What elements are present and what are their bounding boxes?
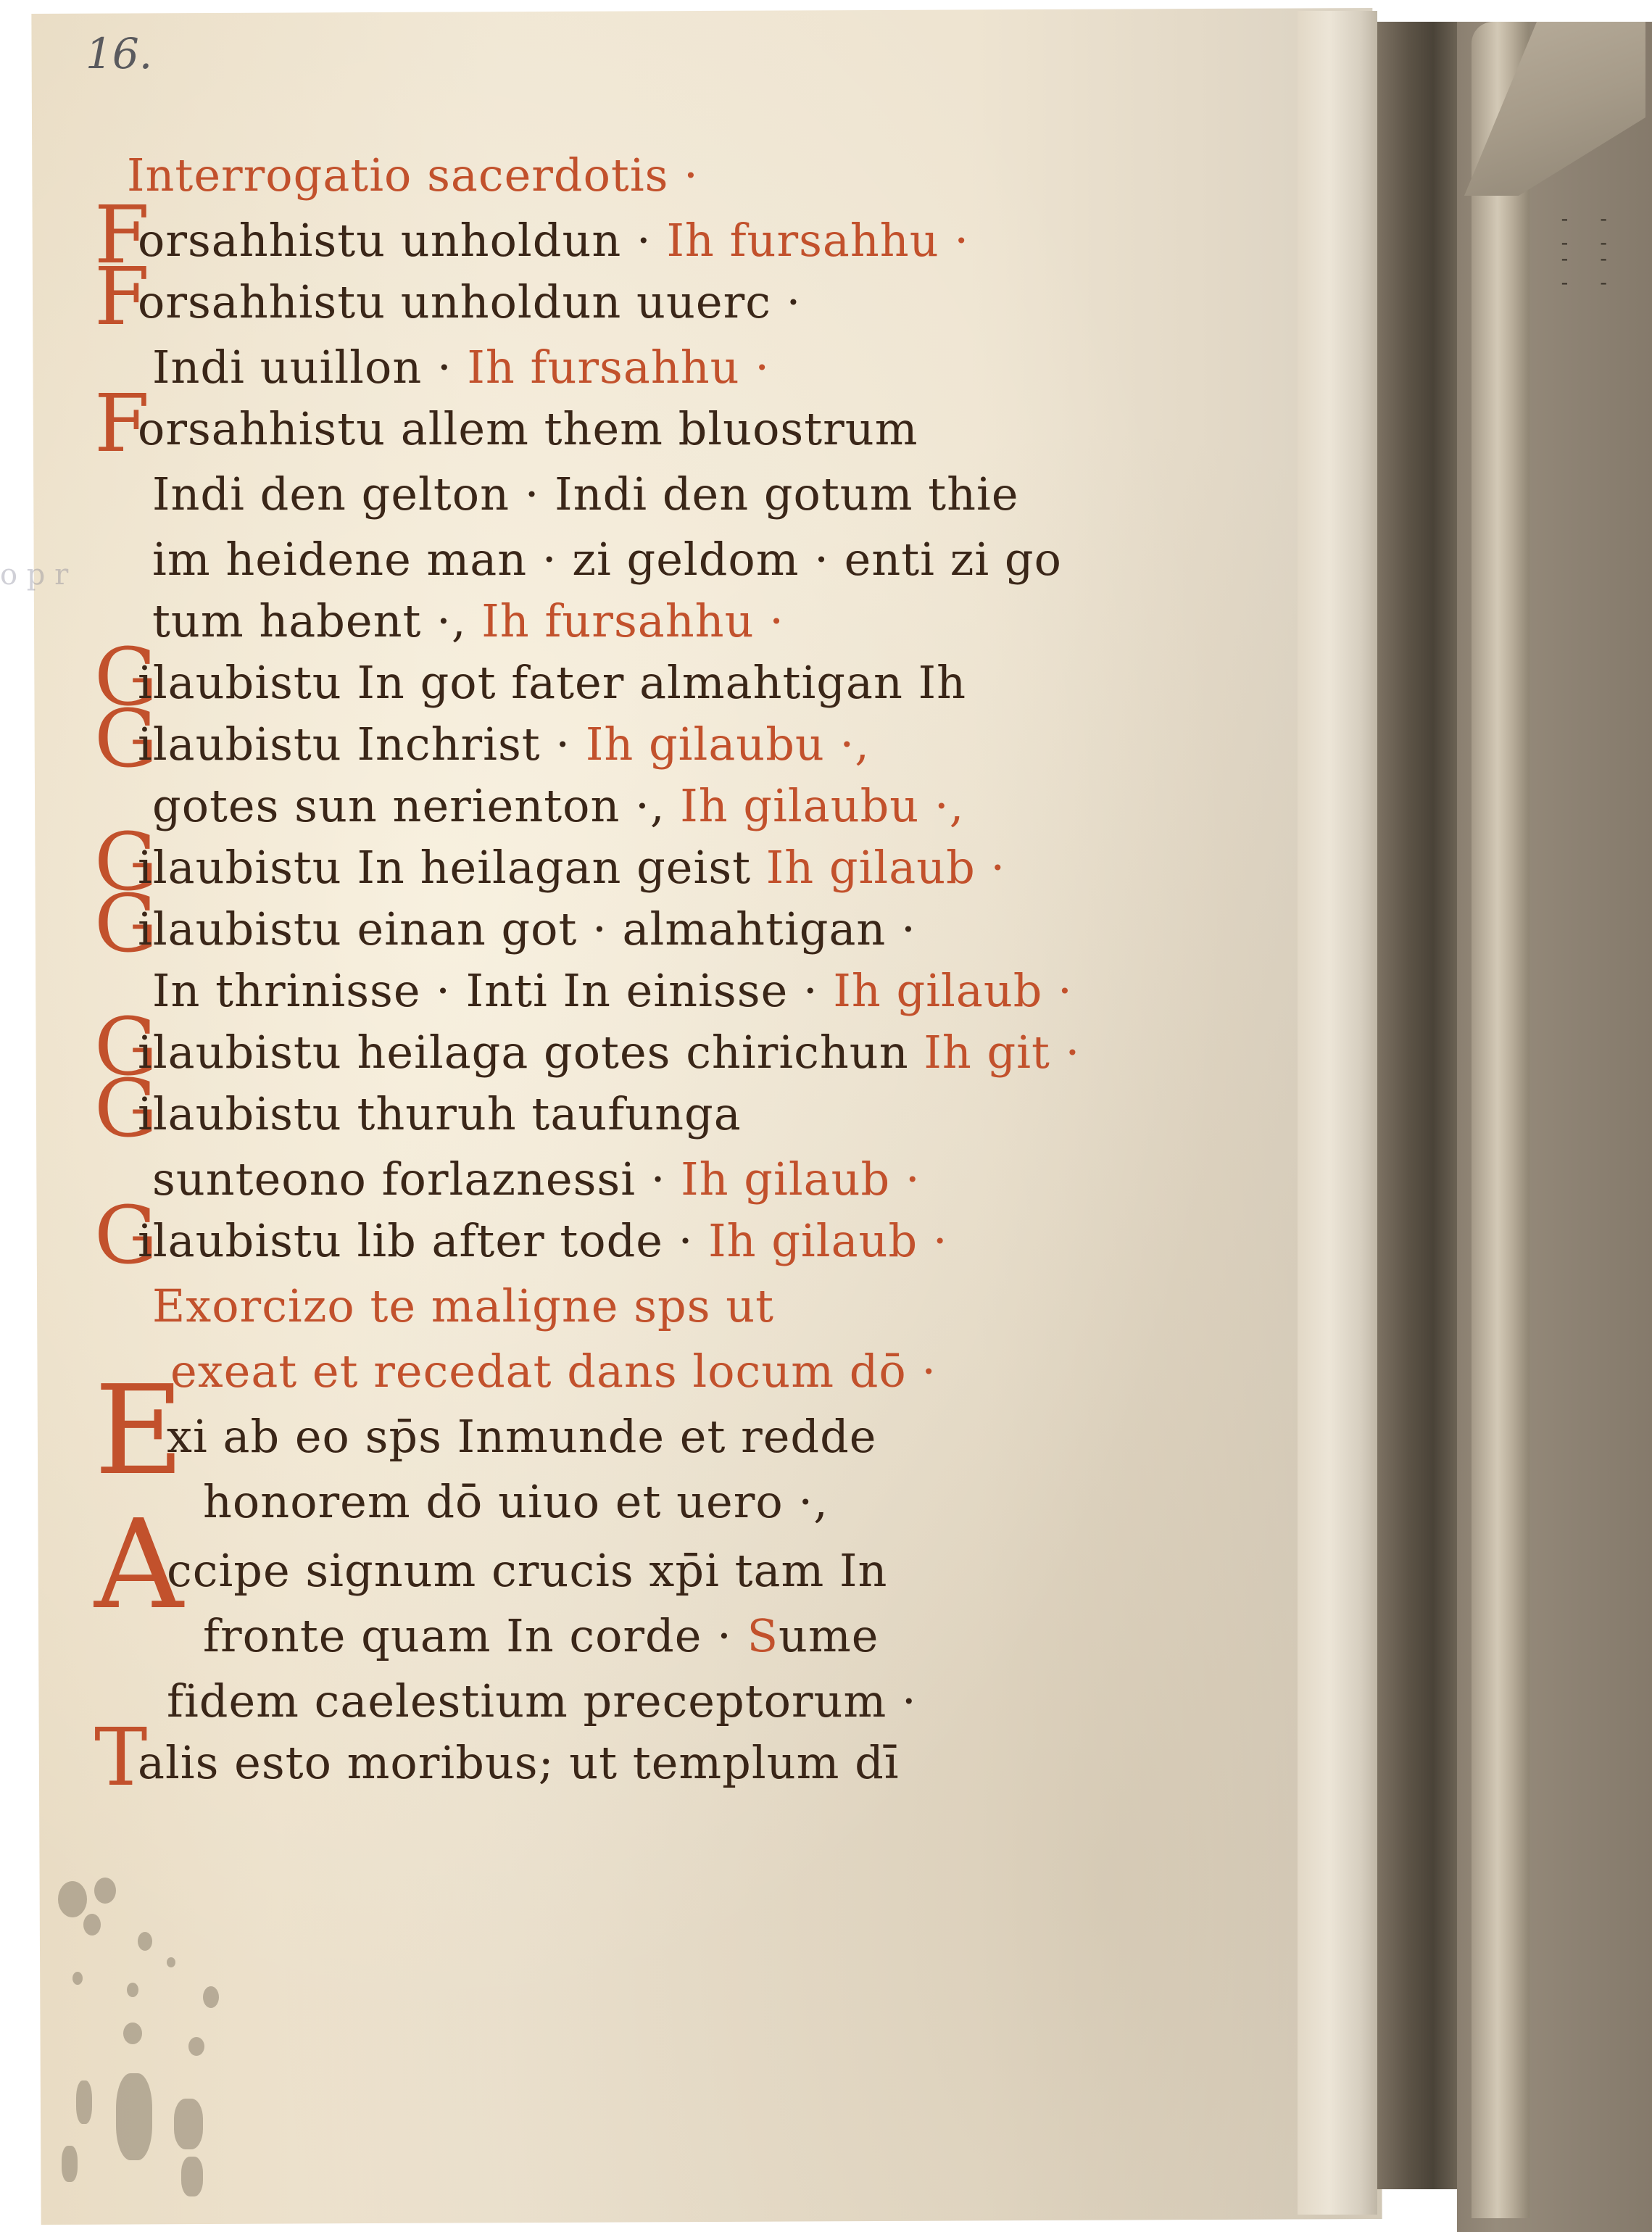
text-line: ilaubistu In got fater almahtigan Ih: [138, 656, 966, 709]
ink-text: tum habent ·,: [152, 594, 481, 647]
ink-text: alis esto moribus; ut templum dī: [138, 1736, 900, 1789]
rubric-text: Ih fursahhu ·: [666, 214, 969, 267]
text-line: Exorcizo te maligne sps ut: [152, 1279, 774, 1332]
water-stain: [58, 1881, 87, 1917]
rubric-text: Ih gilaub ·: [833, 964, 1072, 1017]
rubric-text: exeat et recedat dans locum dō ·: [170, 1345, 937, 1398]
rubric-text: Ih gilaub ·: [681, 1153, 920, 1206]
rubric-text: Ih gilaubu ·,: [586, 718, 870, 771]
water-stain: [72, 1972, 83, 1985]
text-line: honorem dō uiuo et uero ·,: [203, 1475, 829, 1528]
text-line: Interrogatio sacerdotis ·: [127, 149, 699, 202]
water-stain: [203, 1986, 219, 2008]
rubric-text: Ih gilaub ·: [708, 1214, 947, 1267]
text-line: ilaubistu heilaga gotes chirichun Ih git…: [138, 1026, 1080, 1079]
ink-text: In thrinisse · Inti In einisse ·: [152, 964, 833, 1017]
ink-text: Indi uuillon ·: [152, 341, 467, 394]
ink-text: ilaubistu Inchrist ·: [138, 718, 586, 771]
text-line: Indi uuillon · Ih fursahhu ·: [152, 341, 770, 394]
text-line: ilaubistu Inchrist · Ih gilaubu ·,: [138, 718, 870, 771]
rubric-text: Ih gilaubu ·,: [680, 779, 964, 832]
text-line: ilaubistu thuruh taufunga: [138, 1087, 742, 1140]
ink-text: orsahhistu unholdun uuerc ·: [138, 275, 801, 328]
offset-text: o p r: [0, 558, 68, 592]
ink-text: orsahhistu unholdun ·: [138, 214, 666, 267]
ink-text: fronte quam In corde ·: [203, 1609, 747, 1662]
water-stain: [127, 1983, 138, 1997]
ink-text: ccipe signum crucis xp̄i tam In: [167, 1544, 887, 1597]
water-stain: [123, 2023, 142, 2044]
water-stain: [174, 2099, 203, 2149]
ink-text: orsahhistu allem them bluostrum: [138, 402, 918, 455]
ink-text: ume: [779, 1609, 879, 1662]
text-line: orsahhistu unholdun uuerc ·: [138, 275, 801, 328]
page-edge: [1298, 11, 1377, 2215]
binding-gutter: [1377, 22, 1457, 2189]
water-stain: [94, 1878, 116, 1904]
ink-text: ilaubistu thuruh taufunga: [138, 1087, 742, 1140]
text-line: alis esto moribus; ut templum dī: [138, 1736, 900, 1789]
text-line: im heidene man · zi geldom · enti zi go: [152, 533, 1062, 586]
ink-text: ilaubistu heilaga gotes chirichun: [138, 1026, 923, 1079]
text-line: In thrinisse · Inti In einisse · Ih gila…: [152, 964, 1073, 1017]
text-line: exeat et recedat dans locum dō ·: [170, 1345, 937, 1398]
ink-text: xi ab eo sp̄s Inmunde et redde: [167, 1410, 877, 1463]
text-line: ccipe signum crucis xp̄i tam In: [167, 1544, 887, 1597]
water-stain: [138, 1932, 152, 1951]
text-line: ilaubistu In heilagan geist Ih gilaub ·: [138, 841, 1005, 894]
water-stain: [167, 1957, 175, 1967]
rubric-text: S: [747, 1609, 779, 1662]
text-line: ilaubistu einan got · almahtigan ·: [138, 903, 916, 955]
text-line: fidem caelestium preceptorum ·: [167, 1675, 917, 1727]
ink-text: ilaubistu lib after tode ·: [138, 1214, 708, 1267]
water-stain: [188, 2037, 204, 2056]
binding-flap: [1472, 22, 1529, 2218]
ink-text: Ih: [918, 656, 966, 709]
water-stain: [181, 2157, 203, 2196]
water-stain: [76, 2080, 92, 2124]
rubric-text: Interrogatio sacerdotis ·: [127, 149, 699, 202]
stitch-holes: - - - -: [1558, 246, 1652, 294]
rubric-text: Ih gilaub ·: [766, 841, 1005, 894]
text-line: fronte quam In corde · Sume: [203, 1609, 879, 1662]
rubric-text: Ih fursahhu ·: [481, 594, 784, 647]
rubric-text: Ih fursahhu ·: [467, 341, 770, 394]
text-line: ilaubistu lib after tode · Ih gilaub ·: [138, 1214, 948, 1267]
text-line: orsahhistu unholdun · Ih fursahhu ·: [138, 214, 969, 267]
rubric-text: Exorcizo te maligne sps ut: [152, 1279, 774, 1332]
water-stain: [62, 2146, 78, 2182]
ink-text: Indi den gelton · Indi den gotum thie: [152, 468, 1019, 520]
ink-text: ilaubistu In heilagan geist: [138, 841, 766, 894]
text-line: orsahhistu allem them bluostrum: [138, 402, 918, 455]
ink-text: ilaubistu einan got · almahtigan ·: [138, 903, 916, 955]
water-stain: [116, 2073, 152, 2160]
text-line: Indi den gelton · Indi den gotum thie: [152, 468, 1019, 520]
ink-text: im heidene man · zi geldom · enti zi go: [152, 533, 1062, 586]
ink-text: sunteono forlaznessi ·: [152, 1153, 681, 1206]
text-line: sunteono forlaznessi · Ih gilaub ·: [152, 1153, 921, 1206]
ink-text: gotes sun nerienton ·,: [152, 779, 680, 832]
ink-text: ilaubistu In got fater almahtigan: [138, 656, 918, 709]
ink-text: fidem caelestium preceptorum ·: [167, 1675, 917, 1727]
text-line: xi ab eo sp̄s Inmunde et redde: [167, 1410, 877, 1463]
text-line: tum habent ·, Ih fursahhu ·: [152, 594, 784, 647]
rubric-text: Ih git ·: [923, 1026, 1080, 1079]
text-line: gotes sun nerienton ·, Ih gilaubu ·,: [152, 779, 964, 832]
water-stain: [83, 1914, 101, 1936]
folio-number: 16.: [86, 29, 152, 78]
ink-text: honorem dō uiuo et uero ·,: [203, 1475, 829, 1528]
